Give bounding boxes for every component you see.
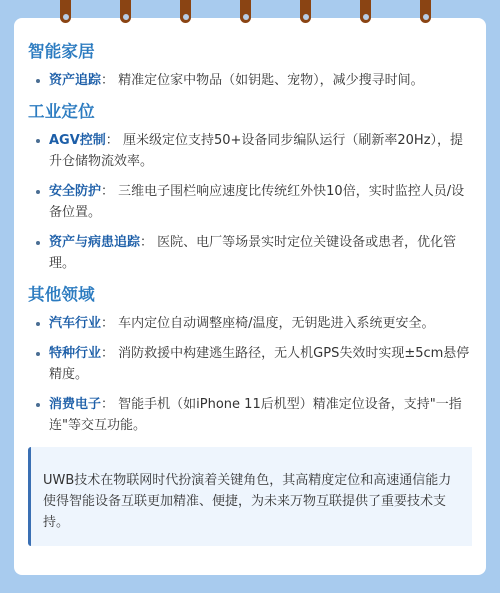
item-description: 车内定位自动调整座椅/温度，无钥匙进入系统更安全。 [118,316,434,331]
section-list: 资产追踪： 精准定位家中物品（如钥匙、宠物），减少搜寻时间。 [28,70,472,91]
item-separator: ： [101,73,118,88]
binder-ring-icon [360,0,371,23]
item-label: AGV控制 [49,133,106,148]
binder-ring-icon [300,0,311,23]
bullet-icon [36,403,40,407]
bullet-icon [36,241,40,245]
notebook-page: 智能家居资产追踪： 精准定位家中物品（如钥匙、宠物），减少搜寻时间。工业定位AG… [14,18,486,575]
ring-hole-icon [123,14,129,20]
binder-ring-icon [180,0,191,23]
bullet-icon [36,139,40,143]
binder-ring-icon [120,0,131,23]
ring-hole-icon [183,14,189,20]
bullet-icon [36,190,40,194]
list-item: 安全防护： 三维电子围栏响应速度比传统红外快10倍，实时监控人员/设备位置。 [28,181,472,223]
item-description: 精准定位家中物品（如钥匙、宠物），减少搜寻时间。 [118,73,424,88]
item-separator: ： [106,133,123,148]
item-separator: ： [101,184,118,199]
notebook-frame: 智能家居资产追踪： 精准定位家中物品（如钥匙、宠物），减少搜寻时间。工业定位AG… [0,0,500,593]
list-item: AGV控制： 厘米级定位支持50+设备同步编队运行（刷新率20Hz），提升仓储物… [28,130,472,172]
item-label: 资产与病患追踪 [49,235,140,250]
item-label: 汽车行业 [49,316,101,331]
section-heading: 工业定位 [28,100,472,124]
bullet-icon [36,352,40,356]
ring-hole-icon [243,14,249,20]
ring-hole-icon [303,14,309,20]
section-list: AGV控制： 厘米级定位支持50+设备同步编队运行（刷新率20Hz），提升仓储物… [28,130,472,274]
item-label: 安全防护 [49,184,101,199]
list-item: 消费电子： 智能手机（如iPhone 11后机型）精准定位设备，支持"一指连"等… [28,394,472,436]
item-label: 资产追踪 [49,73,101,88]
list-item: 汽车行业： 车内定位自动调整座椅/温度，无钥匙进入系统更安全。 [28,313,472,334]
bullet-icon [36,322,40,326]
ring-hole-icon [423,14,429,20]
item-separator: ： [140,235,157,250]
section-list: 汽车行业： 车内定位自动调整座椅/温度，无钥匙进入系统更安全。特种行业： 消防救… [28,313,472,436]
ring-hole-icon [363,14,369,20]
item-separator: ： [101,346,118,361]
item-separator: ： [101,397,118,412]
binder-ring-icon [240,0,251,23]
ring-hole-icon [63,14,69,20]
binder-ring-icon [420,0,431,23]
item-label: 特种行业 [49,346,101,361]
page-content: 智能家居资产追踪： 精准定位家中物品（如钥匙、宠物），减少搜寻时间。工业定位AG… [28,40,472,445]
item-label: 消费电子 [49,397,101,412]
summary-callout: UWB技术在物联网时代扮演着关键角色，其高精度定位和高速通信能力使得智能设备互联… [28,447,472,546]
item-separator: ： [101,316,118,331]
list-item: 资产与病患追踪： 医院、电厂等场景实时定位关键设备或患者，优化管理。 [28,232,472,274]
list-item: 特种行业： 消防救援中构建逃生路径，无人机GPS失效时实现±5cm悬停精度。 [28,343,472,385]
callout-text: UWB技术在物联网时代扮演着关键角色，其高精度定位和高速通信能力使得智能设备互联… [43,470,463,533]
section-heading: 其他领域 [28,283,472,307]
binder-ring-icon [60,0,71,23]
section-heading: 智能家居 [28,40,472,64]
list-item: 资产追踪： 精准定位家中物品（如钥匙、宠物），减少搜寻时间。 [28,70,472,91]
bullet-icon [36,79,40,83]
